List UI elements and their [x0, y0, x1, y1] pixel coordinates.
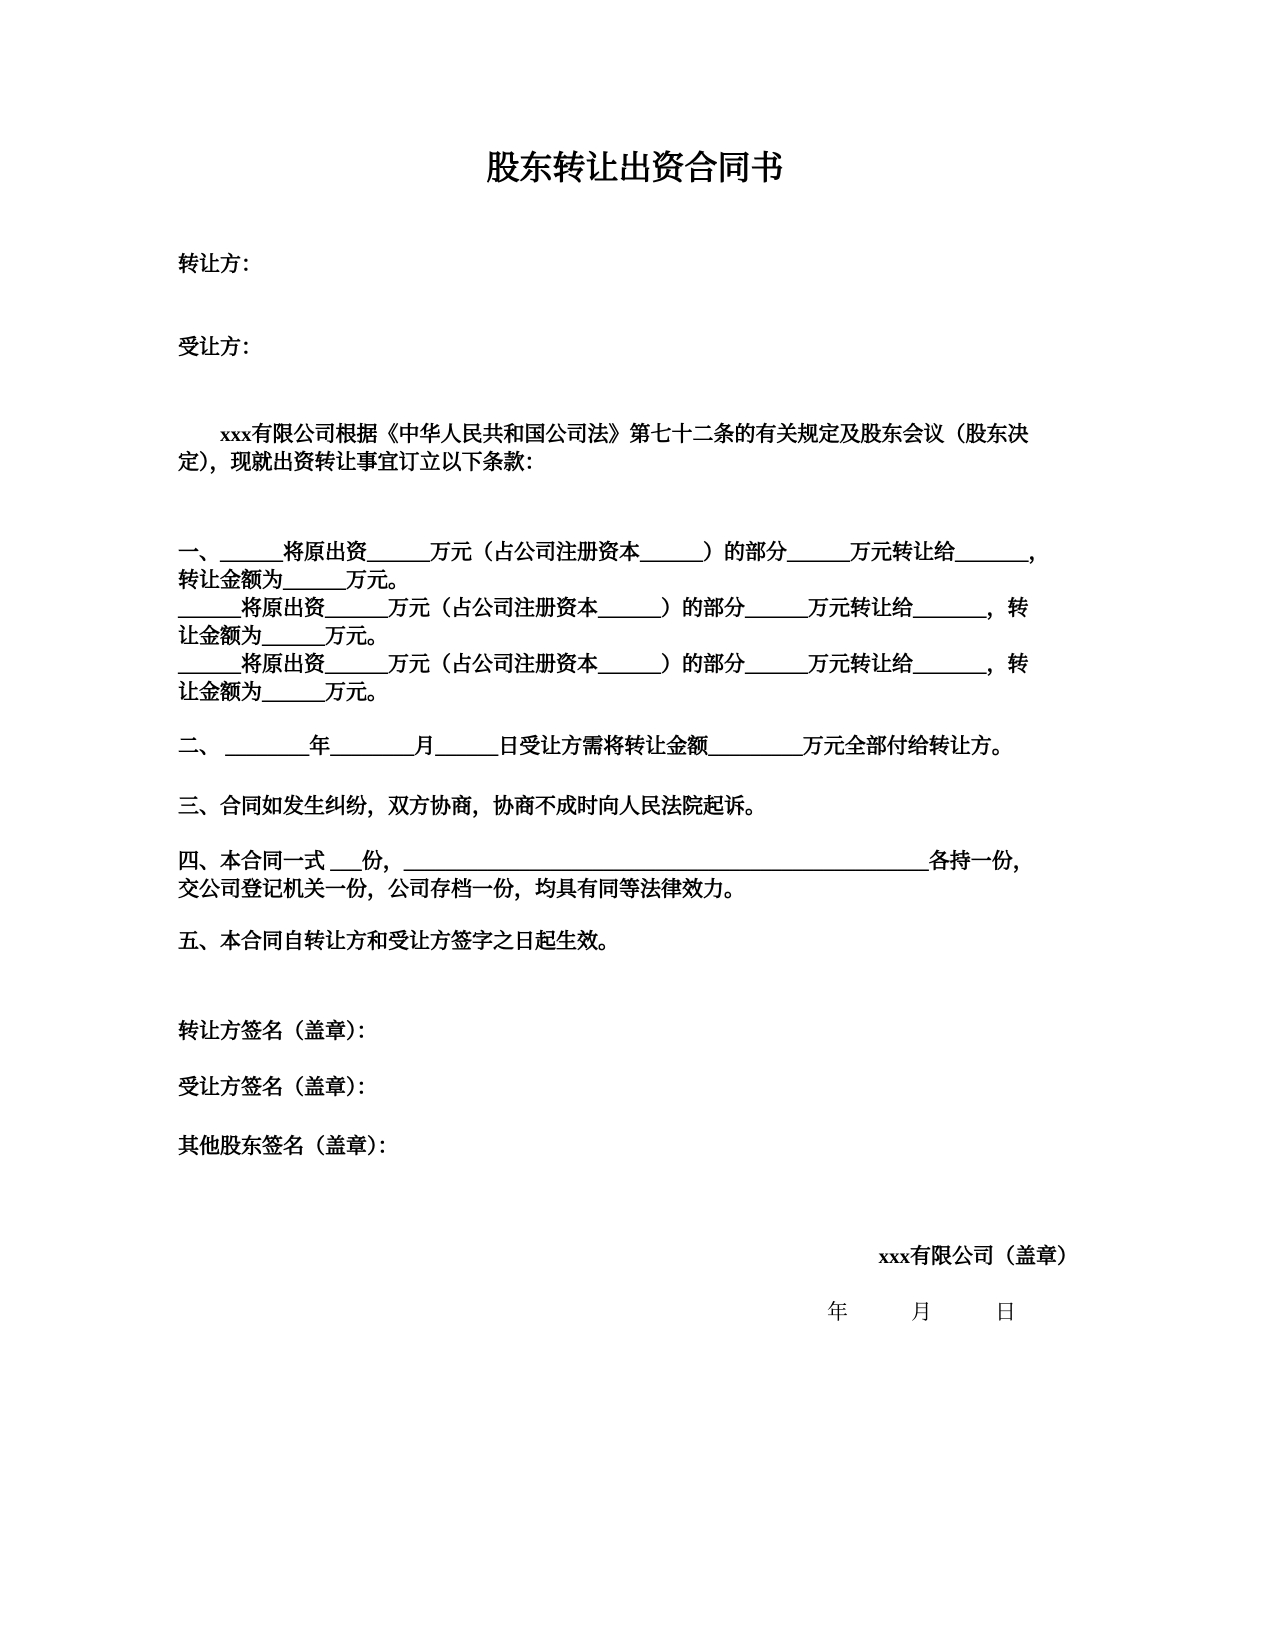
clause-1: 一、______将原出资______万元（占公司注册资本______）的部分__…	[178, 538, 1092, 706]
clause-4-line: 交公司登记机关一份，公司存档一份，均具有同等法律效力。	[178, 875, 1092, 903]
clause-1-line: 转让金额为______万元。	[178, 566, 1092, 594]
contract-page: 股东转让出资合同书 转让方： 受让方： xxx有限公司根据《中华人民共和国公司法…	[0, 0, 1275, 1650]
intro-line: 定），现就出资转让事宜订立以下条款：	[178, 448, 1092, 476]
transferor-label: 转让方：	[178, 250, 1092, 278]
intro-paragraph: xxx有限公司根据《中华人民共和国公司法》第七十二条的有关规定及股东会议（股东决…	[178, 420, 1092, 476]
clause-1-line: 让金额为______万元。	[178, 622, 1092, 650]
date-line: 年 月 日	[178, 1298, 1092, 1326]
clause-1-line: 一、______将原出资______万元（占公司注册资本______）的部分__…	[178, 538, 1092, 566]
intro-line: xxx有限公司根据《中华人民共和国公司法》第七十二条的有关规定及股东会议（股东决	[178, 420, 1092, 448]
clause-3-line: 三、合同如发生纠纷，双方协商，协商不成时向人民法院起诉。	[178, 792, 1092, 820]
clause-3: 三、合同如发生纠纷，双方协商，协商不成时向人民法院起诉。	[178, 792, 1092, 820]
signature-transferee-label: 受让方签名（盖章）：	[178, 1073, 1092, 1101]
clause-4: 四、本合同一式 ___份，___________________________…	[178, 847, 1092, 903]
clause-1-line: ______将原出资______万元（占公司注册资本______）的部分____…	[178, 594, 1092, 622]
clause-4-line: 四、本合同一式 ___份，___________________________…	[178, 847, 1092, 875]
company-seal-line: xxx有限公司（盖章）	[178, 1242, 1092, 1270]
signature-other-shareholders-label: 其他股东签名（盖章）：	[178, 1132, 1092, 1160]
signature-transferor-label: 转让方签名（盖章）：	[178, 1017, 1092, 1045]
clause-2-line: 二、 ________年________月______日受让方需将转让金额___…	[178, 732, 1092, 760]
clause-1-line: 让金额为______万元。	[178, 678, 1092, 706]
clause-5: 五、本合同自转让方和受让方签字之日起生效。	[178, 927, 1092, 955]
clause-2: 二、 ________年________月______日受让方需将转让金额___…	[178, 732, 1092, 760]
document-title: 股东转让出资合同书	[178, 148, 1092, 190]
transferee-label: 受让方：	[178, 333, 1092, 361]
clause-1-line: ______将原出资______万元（占公司注册资本______）的部分____…	[178, 650, 1092, 678]
clause-5-line: 五、本合同自转让方和受让方签字之日起生效。	[178, 927, 1092, 955]
